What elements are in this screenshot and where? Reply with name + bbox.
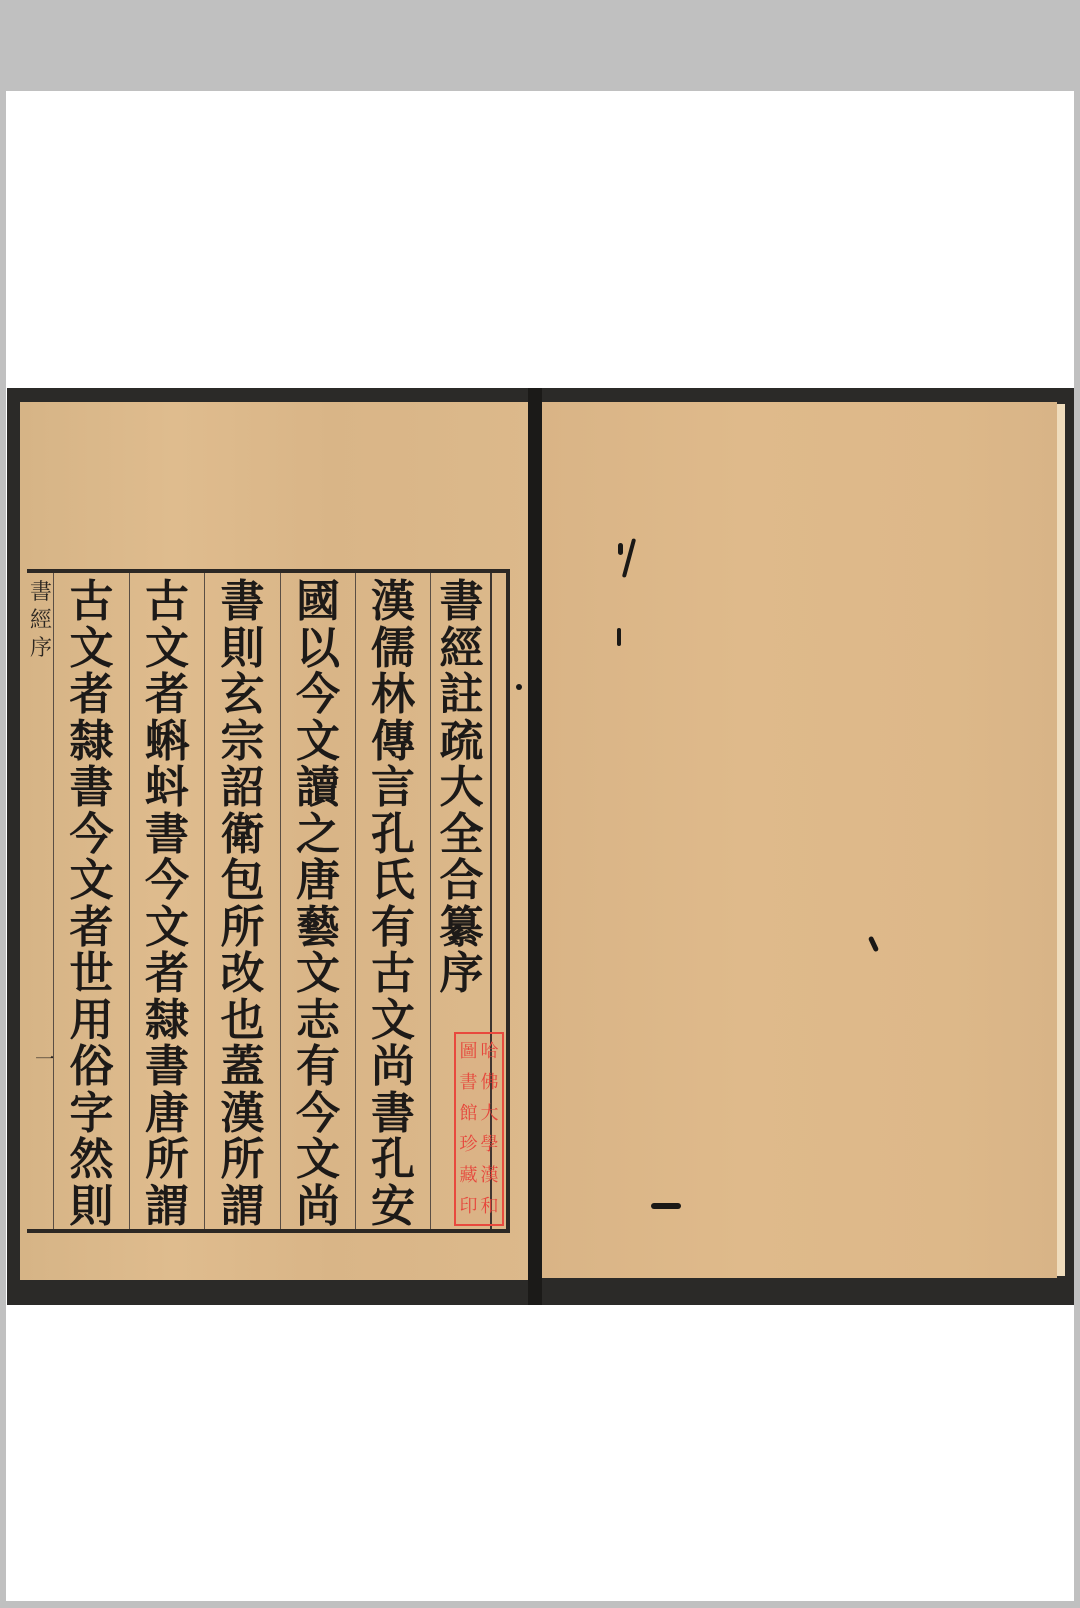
glyph: 今 [145,858,189,905]
glyph: 蓋 [221,1044,265,1091]
glyph: 唐 [145,1091,189,1138]
wormhole [618,543,623,555]
glyph: 古 [145,579,189,626]
column-text: 國以今文讀之唐藝文志有今文尚 [281,579,355,1230]
glyph: 古 [70,579,114,626]
glyph: 衛 [221,812,265,859]
glyph: 隸 [145,998,189,1045]
glyph: 也 [221,998,265,1045]
glyph: 藝 [296,905,340,952]
text-column-2: 漢儒林傳言孔氏有古文尚書孔安 [355,573,430,1229]
glyph: 纂 [440,905,484,952]
seal-glyph: 漢 [481,1160,499,1191]
glyph: 儒 [371,626,415,673]
glyph: 者 [70,905,114,952]
glyph: 書 [70,765,114,812]
glyph: 隸 [70,719,114,766]
seal-glyph: 大 [481,1098,499,1129]
margin-column: 書 經 序 一 [27,573,53,1229]
glyph: 書 [145,812,189,859]
glyph: 今 [296,1091,340,1138]
glyph: 古 [371,951,415,998]
text-frame: 書 經 序 一 古文者隸書今文者世用俗字然則 古文者蝌蚪書今文者隸書唐所謂 書則… [27,569,510,1233]
glyph: 文 [296,1137,340,1184]
glyph: 者 [145,672,189,719]
text-column-4: 書則玄宗詔衛包所改也蓋漢所謂 [204,573,280,1229]
viewer-bottom-band [0,1601,1080,1608]
glyph: 改 [221,951,265,998]
glyph: 疏 [440,719,484,766]
text-column-5: 古文者蝌蚪書今文者隸書唐所謂 [129,573,204,1229]
column-text: 古文者隸書今文者世用俗字然則 [54,579,129,1230]
seal-column: 圖書館珍藏印 [460,1036,478,1222]
glyph: 今 [70,812,114,859]
glyph: 唐 [296,858,340,905]
seal-glyph: 珍 [460,1129,478,1160]
glyph: 文 [296,951,340,998]
glyph: 全 [440,812,484,859]
glyph: 孔 [371,812,415,859]
glyph: 志 [296,998,340,1045]
glyph: 序 [440,951,484,998]
glyph: 俗 [70,1044,114,1091]
wormhole [516,684,522,690]
glyph: 讀 [296,765,340,812]
glyph: 書 [371,1091,415,1138]
glyph: 所 [145,1137,189,1184]
glyph: 有 [371,905,415,952]
seal-glyph: 和 [481,1191,499,1222]
glyph: 之 [296,812,340,859]
glyph: 用 [70,998,114,1045]
glyph: 宗 [221,719,265,766]
glyph: 林 [371,672,415,719]
glyph: 今 [296,672,340,719]
book-spine [528,388,542,1305]
page-number: 一 [35,1043,55,1072]
column-text: 漢儒林傳言孔氏有古文尚書孔安 [356,579,430,1230]
glyph: 言 [371,765,415,812]
glyph: 安 [371,1184,415,1231]
column-text: 書則玄宗詔衛包所改也蓋漢所謂 [205,579,280,1230]
seal-glyph: 藏 [460,1160,478,1191]
glyph: 大 [440,765,484,812]
glyph: 文 [145,626,189,673]
book-scan-image: 書 經 序 一 古文者隸書今文者世用俗字然則 古文者蝌蚪書今文者隸書唐所謂 書則… [7,388,1074,1305]
glyph: 包 [221,858,265,905]
glyph: 有 [296,1044,340,1091]
text-column-6: 古文者隸書今文者世用俗字然則 [53,573,129,1229]
glyph: 書 [221,579,265,626]
seal-glyph: 學 [481,1129,499,1160]
glyph: 所 [221,905,265,952]
glyph: 尚 [296,1184,340,1231]
seal-glyph: 館 [460,1098,478,1129]
glyph: 文 [371,998,415,1045]
glyph: 文 [70,858,114,905]
glyph: 則 [70,1184,114,1231]
glyph: 尚 [371,1044,415,1091]
glyph: 所 [221,1137,265,1184]
glyph: 氏 [371,858,415,905]
glyph: 蚪 [145,765,189,812]
seal-glyph: 書 [460,1067,478,1098]
glyph: 書 [440,579,484,626]
right-page [537,402,1057,1278]
glyph: 傳 [371,719,415,766]
glyph: 文 [145,905,189,952]
viewer-top-band [0,0,1080,91]
column-title-text: 書經註疏大全合纂序 [431,579,492,998]
glyph: 文 [296,719,340,766]
glyph: 漢 [371,579,415,626]
library-seal: 哈佛大學漢和 圖書館珍藏印 [454,1032,504,1226]
text-column-3: 國以今文讀之唐藝文志有今文尚 [280,573,355,1229]
column-text: 古文者蝌蚪書今文者隸書唐所謂 [130,579,204,1230]
glyph: 者 [70,672,114,719]
wormhole [617,628,621,646]
margin-title: 書 經 序 [30,579,52,663]
glyph: 字 [70,1091,114,1138]
glyph: 國 [296,579,340,626]
glyph: 世 [70,951,114,998]
glyph: 漢 [221,1091,265,1138]
seal-glyph: 印 [460,1191,478,1222]
seal-glyph: 圖 [460,1036,478,1067]
glyph: 然 [70,1137,114,1184]
glyph: 經 [440,626,484,673]
right-page-edge [1057,404,1065,1276]
glyph: 謂 [221,1184,265,1231]
wormhole [651,1203,681,1209]
seal-column: 哈佛大學漢和 [481,1036,499,1222]
glyph: 文 [70,626,114,673]
glyph: 則 [221,626,265,673]
glyph: 者 [145,951,189,998]
glyph: 玄 [221,672,265,719]
glyph: 書 [145,1044,189,1091]
glyph: 詔 [221,765,265,812]
glyph: 孔 [371,1137,415,1184]
glyph: 以 [296,626,340,673]
glyph: 合 [440,858,484,905]
glyph: 謂 [145,1184,189,1231]
seal-glyph: 佛 [481,1067,499,1098]
glyph: 註 [440,672,484,719]
glyph: 蝌 [145,719,189,766]
seal-glyph: 哈 [481,1036,499,1067]
